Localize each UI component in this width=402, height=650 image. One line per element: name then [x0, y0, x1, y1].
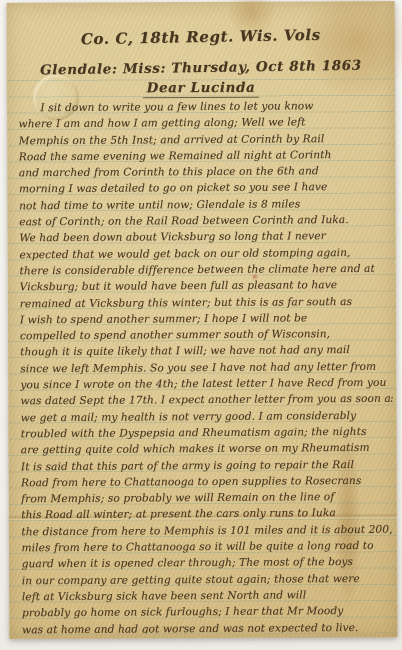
letter-paper: Co. C, 18th Regt. Wis. Vols Glendale: Mi… [7, 1, 398, 639]
salutation-text: Dear Lucinda [143, 80, 260, 99]
letter-line-8: east of Corinth; on the Rail Road betwee… [19, 212, 391, 231]
letter-line-22: are getting quite cold which makes it wo… [21, 440, 393, 459]
letter-line-32: probably go home on sick furloughs; I he… [22, 603, 394, 622]
dateline: Glendale: Miss: Thursday, Oct 8th 1863 [7, 57, 395, 79]
letter-line-24: Road from here to Chattanooga to open su… [21, 473, 393, 492]
letter-line-33: was at home and had got worse and was no… [22, 619, 394, 634]
letter-line-13: remained at Vicksburg this winter; but t… [20, 293, 392, 312]
letter-line-30: in our company are getting quite stout a… [22, 570, 394, 589]
salutation: Dear Lucinda [7, 79, 395, 97]
letter-body: I sit down to write you a few lines to l… [18, 98, 394, 635]
letter-line-12: Vicksburg; but it would have been full a… [20, 277, 392, 296]
regiment-heading: Co. C, 18th Regt. Wis. Vols [7, 24, 395, 49]
